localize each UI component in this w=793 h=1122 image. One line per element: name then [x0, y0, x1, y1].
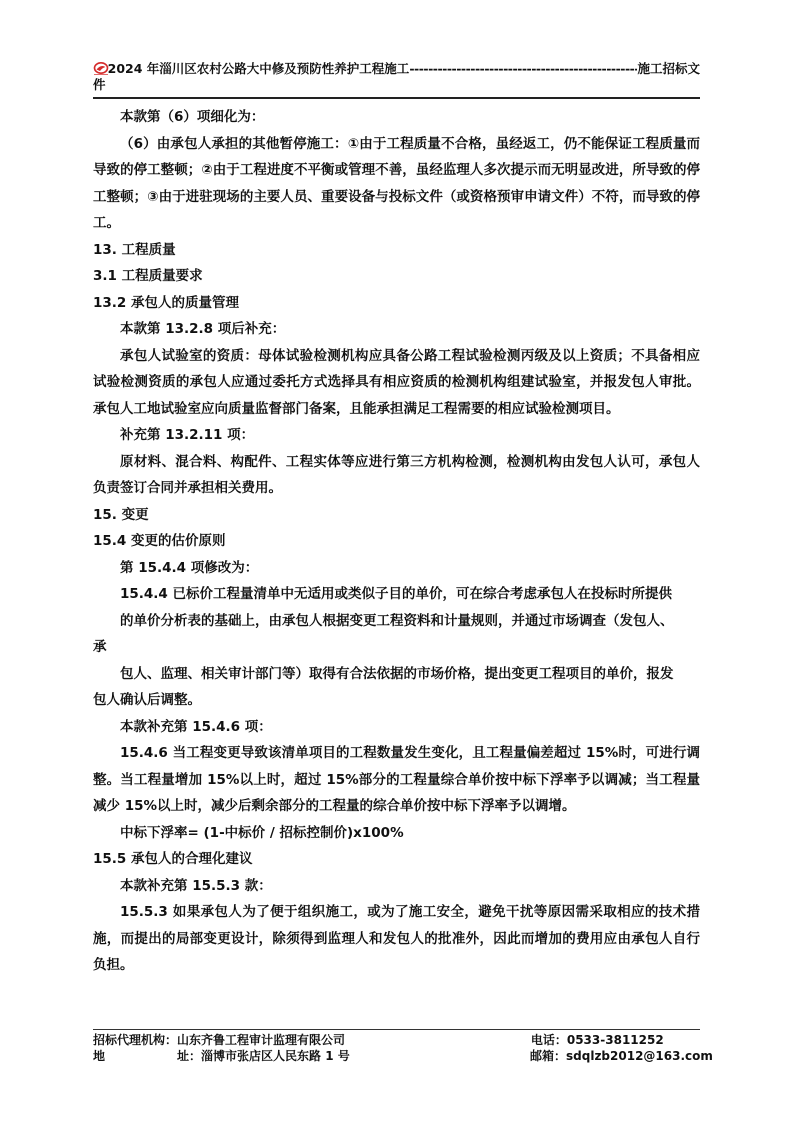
email-address[interactable]: sdqlzb2012@163.com — [566, 1049, 713, 1063]
company-logo-icon — [93, 62, 107, 76]
body-paragraph: 15.4.4 已标价工程量清单中无适用或类似子目的单价，可在综合考虑承包人在投标… — [93, 581, 700, 608]
agency-label: 招标代理机构： — [93, 1033, 177, 1047]
footer-divider — [93, 1029, 700, 1030]
document-body: 本款第（6）项细化为：（6）由承包人承担的其他暂停施工：①由于工程质量不合格，虽… — [93, 104, 700, 979]
section-heading: 15.5 承包人的合理化建议 — [93, 846, 700, 873]
body-paragraph: 包人确认后调整。 — [93, 687, 700, 714]
body-paragraph: 第 15.4.4 项修改为： — [93, 555, 700, 582]
phone-label: 电话： — [531, 1033, 567, 1047]
body-paragraph: 的单价分析表的基础上，由承包人根据变更工程资料和计量规则，并通过市场调查（发包人… — [93, 608, 700, 635]
body-paragraph: 本款第 13.2.8 项后补充： — [93, 316, 700, 343]
body-paragraph: 本款补充第 15.5.3 款： — [93, 873, 700, 900]
header-dashes: ----------------------------------------… — [409, 60, 637, 77]
header-title-line: 2024 年淄川区农村公路大中修及预防性养护工程施工 -------------… — [93, 60, 700, 77]
section-heading: 13. 工程质量 — [93, 237, 700, 264]
section-heading: 3.1 工程质量要求 — [93, 263, 700, 290]
header-title-continuation: 件 — [93, 77, 700, 93]
body-paragraph: 原材料、混合料、构配件、工程实体等应进行第三方机构检测，检测机构由发包人认可，承… — [93, 449, 700, 502]
header-title: 2024 年淄川区农村公路大中修及预防性养护工程施工 — [108, 60, 410, 77]
agency-name: 山东齐鲁工程审计监理有限公司 — [177, 1033, 345, 1047]
section-heading: 15.4 变更的估价原则 — [93, 528, 700, 555]
body-paragraph: 15.5.3 如果承包人为了便于组织施工，或为了施工安全，避免干扰等原因需采取相… — [93, 899, 700, 979]
header-suffix: 施工招标文 — [637, 60, 700, 77]
address-label-2: 址： — [177, 1049, 201, 1063]
section-heading: 13.2 承包人的质量管理 — [93, 290, 700, 317]
footer-row-address: 地址：淄博市张店区人民东路 1 号 邮箱：sdqlzb2012@163.com — [93, 1048, 700, 1064]
page-header: 2024 年淄川区农村公路大中修及预防性养护工程施工 -------------… — [93, 60, 700, 93]
page-footer: 招标代理机构：山东齐鲁工程审计监理有限公司 电话：0533-3811252 地址… — [93, 1032, 700, 1064]
body-paragraph: 补充第 13.2.11 项： — [93, 422, 700, 449]
body-paragraph: 中标下浮率= (1-中标价 / 招标控制价)x100% — [93, 820, 700, 847]
body-paragraph: 本款第（6）项细化为： — [93, 104, 700, 131]
body-paragraph: 承包人试验室的资质：母体试验检测机构应具备公路工程试验检测丙级及以上资质；不具备… — [93, 343, 700, 423]
header-divider — [93, 97, 700, 99]
body-paragraph: 承 — [93, 634, 700, 661]
phone-number: 0533-3811252 — [567, 1033, 664, 1047]
body-paragraph: 本款补充第 15.4.6 项： — [93, 714, 700, 741]
body-paragraph: （6）由承包人承担的其他暂停施工：①由于工程质量不合格，虽经返工，仍不能保证工程… — [93, 131, 700, 237]
email-label: 邮箱： — [530, 1049, 566, 1063]
section-heading: 15. 变更 — [93, 502, 700, 529]
body-paragraph: 15.4.6 当工程变更导致该清单项目的工程数量发生变化，且工程量偏差超过 15… — [93, 740, 700, 820]
address-value: 淄博市张店区人民东路 1 号 — [201, 1049, 350, 1063]
footer-row-agency: 招标代理机构：山东齐鲁工程审计监理有限公司 电话：0533-3811252 — [93, 1032, 700, 1048]
address-label-1: 地 — [93, 1048, 177, 1064]
body-paragraph: 包人、监理、相关审计部门等）取得有合法依据的市场价格，提出变更工程项目的单价，报… — [93, 661, 700, 688]
